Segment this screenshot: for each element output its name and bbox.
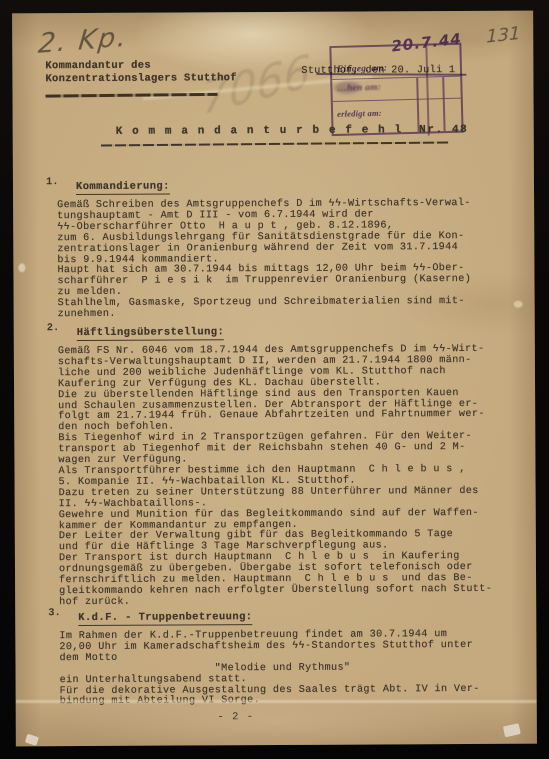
paper-torn-chip xyxy=(25,734,39,746)
section-number: 1. xyxy=(46,176,59,188)
section-title: K.d.F. - Truppenbetreuung: xyxy=(78,611,252,626)
stamp-received-label: Eingeg. am: xyxy=(337,64,387,75)
section-body: Gemäß FS Nr. 6046 vom 18.7.1944 des Amts… xyxy=(58,345,526,609)
section-haeftlingsueberstellung: 2. Häftlingsüberstellung: Gemäß FS Nr. 6… xyxy=(47,320,526,609)
document-title: K o m m a n d a n t u r b e f e h l Nr. … xyxy=(116,124,469,138)
paper-spot xyxy=(514,301,523,308)
letterhead-line2: Konzentrationslagers Stutthof xyxy=(45,72,236,85)
paper-crease-bottom xyxy=(16,700,537,703)
document-title-underline xyxy=(101,141,449,146)
paper-hole xyxy=(18,263,25,272)
paper-torn-chip xyxy=(503,723,521,737)
page-number: - 2 - xyxy=(176,711,296,724)
document-page: 2. Kp. 131 7066 Kommandantur desKonzentr… xyxy=(12,11,537,747)
pencil-annotation-folio-number: 131 xyxy=(486,23,520,48)
section-number: 3. xyxy=(48,607,61,619)
received-stamp: Eingeg. am: 20.7.44 …hen am: erledigt am… xyxy=(329,43,463,136)
section-body: Gemäß Schreiben des Amtsgruppenchefs D i… xyxy=(57,199,525,321)
letterhead-underline xyxy=(46,93,218,97)
section-title: Kommandierung: xyxy=(76,181,170,195)
stamp-done-label: erledigt am: xyxy=(337,108,382,119)
section-number: 2. xyxy=(47,322,60,334)
section-kdf-truppenbetreuung: 3. K.d.F. - Truppenbetreuung: Im Rahmen … xyxy=(48,605,527,709)
section-kommandierung: 1. Kommandierung: Gemäß Schreiben des Am… xyxy=(46,174,525,321)
letterhead-line1: Kommandantur des xyxy=(45,60,151,73)
stamp-row-received: Eingeg. am: 20.7.44 xyxy=(331,45,460,80)
pencil-annotation-unit: 2. Kp. xyxy=(37,21,130,59)
section-body: Im Rahmen der K.d.F.-Truppenbetreuung fi… xyxy=(59,630,526,709)
letterhead: Kommandantur desKonzentrationslagers Stu… xyxy=(45,59,237,86)
section-title: Häftlingsüberstellung: xyxy=(77,326,225,341)
stamp-seen-label: …hen am: xyxy=(337,83,381,94)
